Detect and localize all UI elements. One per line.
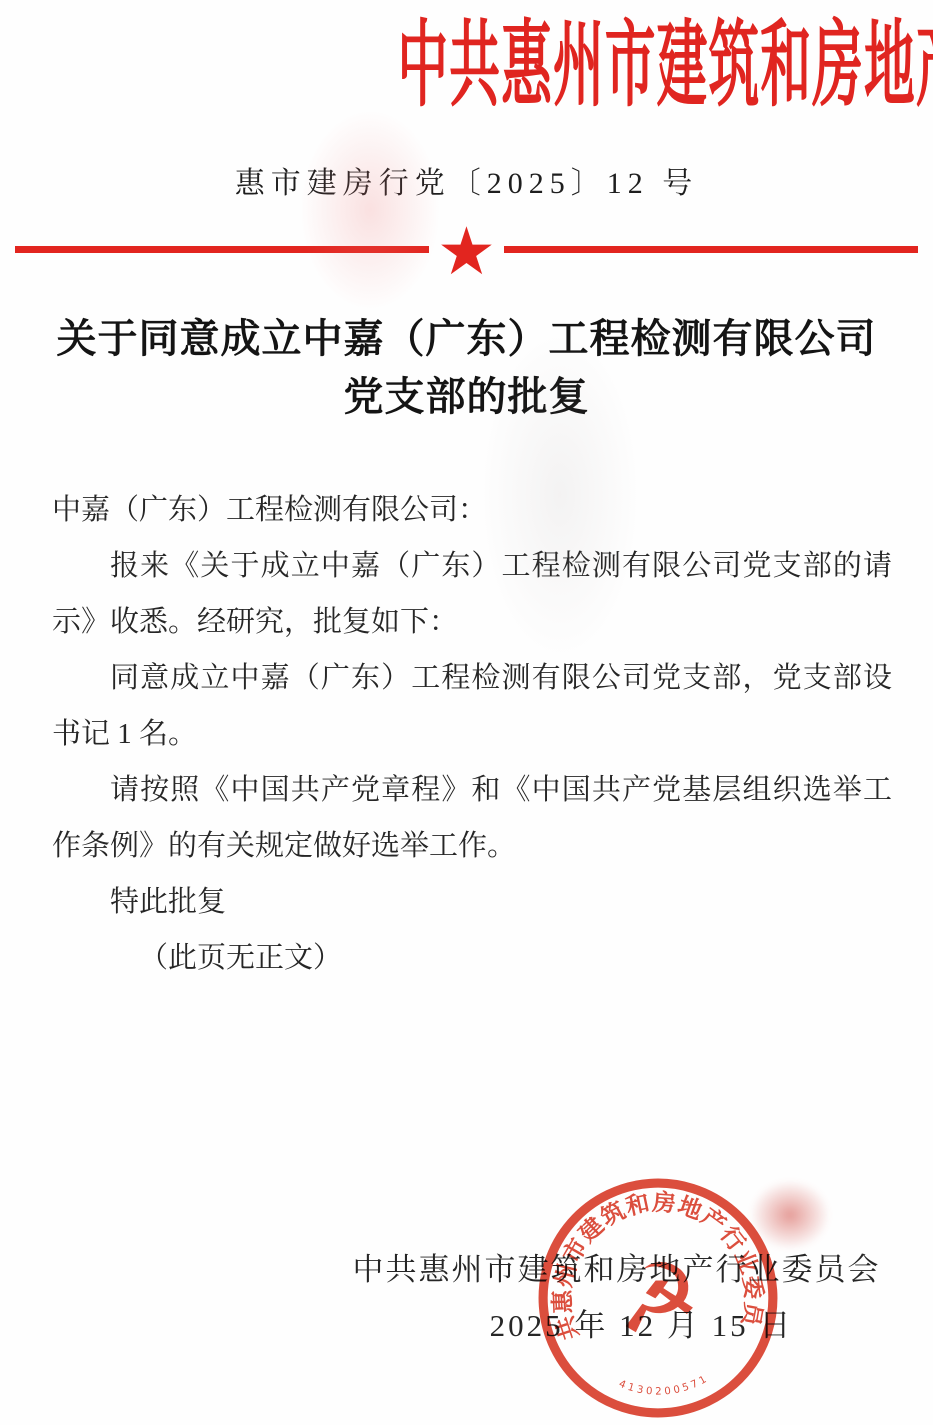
document-title-line1: 关于同意成立中嘉（广东）工程检测有限公司: [0, 310, 933, 368]
no-text-note: （此页无正文）: [52, 930, 892, 986]
divider-rule-left: [15, 246, 429, 253]
letterhead-title: 中共惠州市建筑和房地产行业委员会文件: [397, 10, 933, 122]
document-title: 关于同意成立中嘉（广东）工程检测有限公司 党支部的批复: [0, 310, 933, 426]
body-paragraph: 请按照《中国共产党章程》和《中国共产党基层组织选举工作条例》的有关规定做好选举工…: [52, 762, 892, 874]
document-title-line2: 党支部的批复: [0, 368, 933, 426]
signature-date: 2025 年 12 月 15 日: [0, 1298, 933, 1354]
body-paragraph: 报来《关于成立中嘉（广东）工程检测有限公司党支部的请示》收悉。经研究，批复如下：: [52, 538, 892, 650]
closing-phrase: 特此批复: [52, 874, 892, 930]
signature-organization: 中共惠州市建筑和房地产行业委员会: [0, 1242, 933, 1298]
official-document-page: 中共惠州市建筑和房地产行业委员会文件 惠市建房行党〔2025〕12 号 ★ 关于…: [0, 0, 933, 1425]
signature-block: 中共惠州市建筑和房地产行业委员会 2025 年 12 月 15 日: [0, 1242, 933, 1354]
hammer-and-sickle-icon: ☭: [612, 1242, 703, 1357]
document-body: 中嘉（广东）工程检测有限公司： 报来《关于成立中嘉（广东）工程检测有限公司党支部…: [52, 482, 892, 986]
scan-artifact: [300, 110, 440, 310]
divider-rule-right: [504, 246, 918, 253]
star-icon: ★: [437, 223, 496, 281]
official-seal: 中共惠州市建筑和房地产行业委员会 441302005718 ☭: [528, 1168, 788, 1425]
body-paragraph: 同意成立中嘉（广东）工程检测有限公司党支部，党支部设书记 1 名。: [52, 650, 892, 762]
letterhead: 中共惠州市建筑和房地产行业委员会文件: [0, 10, 933, 122]
red-divider: ★: [15, 220, 918, 278]
salutation: 中嘉（广东）工程检测有限公司：: [52, 482, 892, 538]
document-number: 惠市建房行党〔2025〕12 号: [0, 166, 933, 202]
